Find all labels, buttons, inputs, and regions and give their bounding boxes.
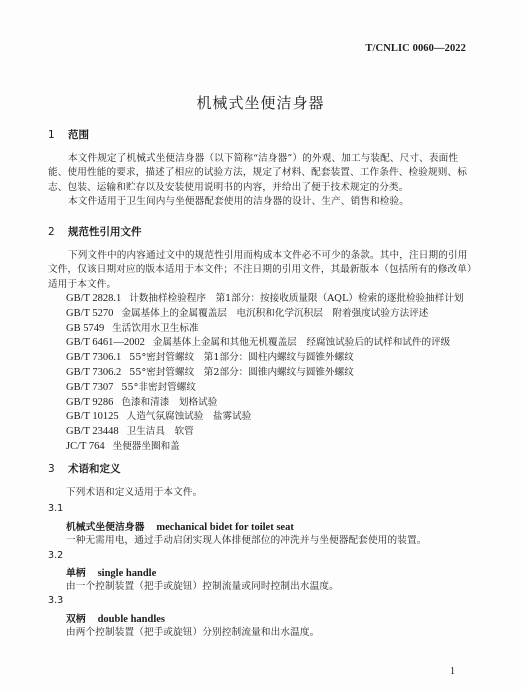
document-code: T/CNLIC 0060—2022 [365,43,466,54]
reference-code: GB/T 23448 [66,426,119,437]
reference-code: GB/T 10125 [66,411,119,422]
page-number: 1 [450,666,455,677]
reference-title: 金属基体上金属和其他无机覆盖层 经腐蚀试验后的试样和试件的评级 [153,337,450,348]
section-2-heading: 2规范性引用文件 [48,224,142,239]
section-title: 术语和定义 [68,463,121,475]
section-3-heading: 3术语和定义 [48,461,121,476]
reference-list: GB/T 2828.1计数抽样检验程序 第1部分：按接收质量限（AQL）检索的逐… [66,292,464,455]
term-en: double handles [98,614,165,625]
term-heading: 双柄double handles [66,611,165,625]
reference-item: GB 5749生活饮用水卫生标准 [66,322,464,337]
section-number: 3 [48,463,68,475]
reference-title: 金属基体上的金属覆盖层 电沉积和化学沉积层 附着强度试验方法评述 [121,308,428,319]
reference-title: 卫生洁具 软管 [127,426,194,437]
reference-item: GB/T 10125人造气氛腐蚀试验 盐雾试验 [66,410,464,425]
reference-title: 人造气氛腐蚀试验 盐雾试验 [127,411,252,422]
reference-item: GB/T 7306.155°密封管螺纹 第1部分：圆柱内螺纹与圆锥外螺纹 [66,351,464,366]
reference-item: GB/T 730755°非密封管螺纹 [66,381,464,396]
terms-intro: 下列术语和定义适用于本文件。 [66,486,474,500]
section-title: 范围 [68,129,89,141]
term-definition: 一种无需用电，通过手动启闭实现人体排便部位的冲洗并与坐便器配套使用的装置。 [66,534,474,548]
term-zh: 机械式坐便洁身器 [66,522,144,533]
term-heading: 机械式坐便洁身器mechanical bidet for toilet seat [66,519,294,533]
term-en: single handle [98,568,157,579]
reference-code: GB/T 2828.1 [66,293,121,304]
reference-code: GB/T 7306.2 [66,367,121,378]
reference-title: 计数抽样检验程序 第1部分：按接收质量限（AQL）检索的逐批检验抽样计划 [129,293,463,304]
term-definition: 由一个控制装置（把手或旋钮）控制流量或同时控制出水温度。 [66,580,474,594]
term-number: 3.1 [48,503,63,514]
section-number: 1 [48,129,68,141]
term-number: 3.2 [48,550,63,561]
scope-paragraph-2: 本文件适用于卫生间内与坐便器配套使用的洁身器的设计、生产、销售和检验。 [48,195,474,209]
reference-code: GB/T 5270 [66,308,113,319]
reference-item: GB/T 2828.1计数抽样检验程序 第1部分：按接收质量限（AQL）检索的逐… [66,292,464,307]
reference-item: JC/T 764坐便器坐圈和盖 [66,440,464,455]
term-zh: 单柄 [66,568,86,579]
reference-title: 色漆和清漆 划格试验 [121,397,217,408]
term-zh: 双柄 [66,614,86,625]
scope-paragraph-1: 本文件规定了机械式坐便洁身器（以下简称“洁身器”）的外观、加工与装配、尺寸、表面… [48,152,474,195]
reference-code: JC/T 764 [66,441,105,452]
reference-title: 坐便器坐圈和盖 [113,441,180,452]
normative-references-intro: 下列文件中的内容通过文中的规范性引用而构成本文件必不可少的条款。其中，注日期的引… [48,249,474,292]
reference-title: 55°密封管螺纹 第2部分：圆锥内螺纹与圆锥外螺纹 [129,367,354,378]
reference-code: GB/T 9286 [66,397,113,408]
term-heading: 单柄single handle [66,565,156,579]
section-number: 2 [48,226,68,238]
section-title: 规范性引用文件 [68,226,142,238]
reference-item: GB/T 5270金属基体上的金属覆盖层 电沉积和化学沉积层 附着强度试验方法评… [66,307,464,322]
document-title: 机械式坐便洁身器 [0,92,521,113]
term-definition: 由两个控制装置（把手或旋钮）分别控制流量和出水温度。 [66,626,474,640]
reference-title: 55°非密封管螺纹 [121,382,196,393]
reference-title: 生活饮用水卫生标准 [112,323,198,334]
reference-item: GB/T 7306.255°密封管螺纹 第2部分：圆锥内螺纹与圆锥外螺纹 [66,366,464,381]
reference-code: GB/T 6461—2002 [66,337,145,348]
term-en: mechanical bidet for toilet seat [156,522,293,533]
reference-code: GB/T 7307 [66,382,113,393]
section-1-heading: 1范围 [48,127,89,142]
reference-code: GB 5749 [66,323,104,334]
reference-code: GB/T 7306.1 [66,352,121,363]
reference-item: GB/T 23448卫生洁具 软管 [66,425,464,440]
reference-item: GB/T 9286色漆和清漆 划格试验 [66,396,464,411]
term-number: 3.3 [48,595,63,606]
reference-item: GB/T 6461—2002金属基体上金属和其他无机覆盖层 经腐蚀试验后的试样和… [66,336,464,351]
reference-title: 55°密封管螺纹 第1部分：圆柱内螺纹与圆锥外螺纹 [129,352,354,363]
